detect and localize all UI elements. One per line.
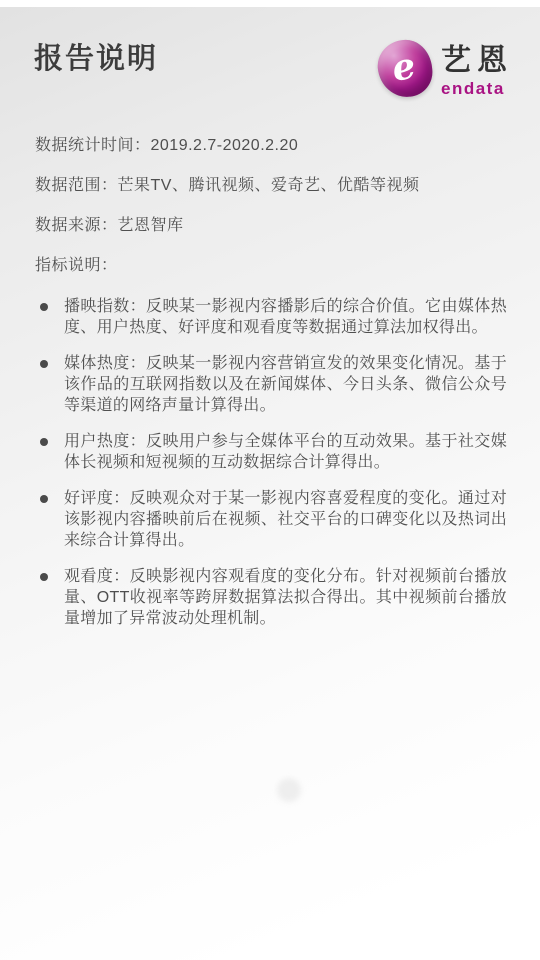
- list-item-broadcast-index: 播映指数：反映某一影视内容播影后的综合价值。它由媒体热度、用户热度、好评度和观看…: [35, 296, 507, 338]
- endata-e-letter: e: [372, 34, 435, 100]
- faint-watermark: [277, 778, 301, 802]
- endata-logo: e 艺恩 endata: [378, 40, 513, 97]
- list-item-viewing-degree: 观看度：反映影视内容观看度的变化分布。针对视频前台播放量、OTT收视率等跨屏数据…: [35, 566, 507, 629]
- endata-e-icon: e: [375, 37, 435, 99]
- page-title: 报告说明: [34, 44, 158, 76]
- list-item-praise-degree: 好评度：反映观众对于某一影视内容喜爱程度的变化。通过对该影视内容播映前后在视频、…: [35, 488, 507, 551]
- brand-name-cn: 艺恩: [441, 46, 513, 76]
- endata-logo-text: 艺恩 endata: [441, 40, 513, 97]
- report-page: 报告说明 e 艺恩 endata 数据统计时间：2019.2.7-2020.2.…: [0, 7, 540, 960]
- data-source-line: 数据来源：艺恩智库: [35, 216, 507, 235]
- indicator-heading: 指标说明：: [35, 256, 507, 275]
- indicator-list: 播映指数：反映某一影视内容播影后的综合价值。它由媒体热度、用户热度、好评度和观看…: [35, 296, 507, 629]
- list-item-media-heat: 媒体热度：反映某一影视内容营销宣发的效果变化情况。基于该作品的互联网指数以及在新…: [35, 353, 507, 416]
- report-body: 数据统计时间：2019.2.7-2020.2.20 数据范围：芒果TV、腾讯视频…: [35, 136, 507, 644]
- data-scope-line: 数据范围：芒果TV、腾讯视频、爱奇艺、优酷等视频: [35, 176, 507, 195]
- data-period-line: 数据统计时间：2019.2.7-2020.2.20: [35, 136, 507, 155]
- brand-name-en: endata: [441, 80, 513, 97]
- list-item-user-heat: 用户热度：反映用户参与全媒体平台的互动效果。基于社交媒体长视频和短视频的互动数据…: [35, 431, 507, 473]
